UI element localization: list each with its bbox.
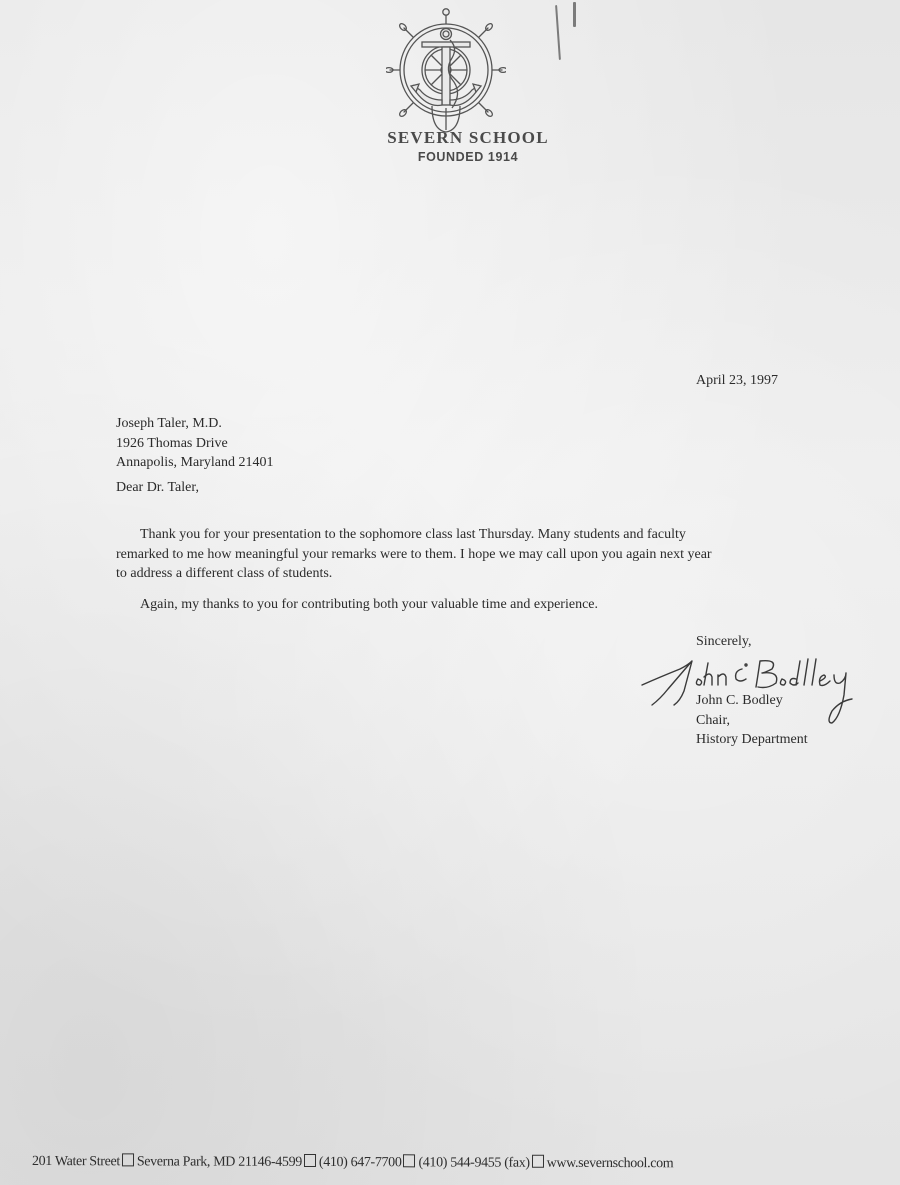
footer-website: www.severnschool.com [547,1156,674,1171]
separator-box-icon [304,1154,316,1167]
separator-box-icon [122,1153,134,1166]
signer-title: Chair, [696,711,808,731]
separator-box-icon [403,1154,415,1167]
paragraph-line: remarked to me how meaningful your remar… [116,545,806,565]
recipient-city: Annapolis, Maryland 21401 [116,453,273,473]
paragraph-line: to address a different class of students… [116,564,806,584]
recipient-name: Joseph Taler, M.D. [116,414,273,434]
signer-department: History Department [696,730,808,750]
recipient-address: Joseph Taler, M.D. 1926 Thomas Drive Ann… [116,414,273,473]
closing: Sincerely, [696,634,751,650]
ship-wheel-anchor-icon [386,8,506,136]
recipient-street: 1926 Thomas Drive [116,434,273,454]
letter-page: SEVERN SCHOOL FOUNDED 1914 April 23, 199… [0,0,900,1185]
paragraph-line: Thank you for your presentation to the s… [116,525,806,545]
footer-fax: (410) 544-9455 (fax) [418,1155,529,1170]
paragraph-line: Again, my thanks to you for contributing… [116,595,806,615]
salutation: Dear Dr. Taler, [116,480,199,496]
signer-name: John C. Bodley [696,691,808,711]
letterhead-footer: 201 Water StreetSeverna Park, MD 21146-4… [32,1153,673,1172]
footer-city: Severna Park, MD 21146-4599 [137,1154,302,1170]
letterhead [0,8,900,136]
body-paragraph: Again, my thanks to you for contributing… [116,595,806,615]
signer-block: John C. Bodley Chair, History Department [696,691,808,750]
school-name: SEVERN SCHOOL [0,128,900,148]
footer-address: 201 Water Street [32,1154,120,1169]
body-paragraph: Thank you for your presentation to the s… [116,525,806,584]
founded-year: FOUNDED 1914 [0,150,900,164]
footer-phone: (410) 647-7700 [319,1155,402,1170]
letter-date: April 23, 1997 [696,373,778,389]
separator-box-icon [532,1155,544,1168]
